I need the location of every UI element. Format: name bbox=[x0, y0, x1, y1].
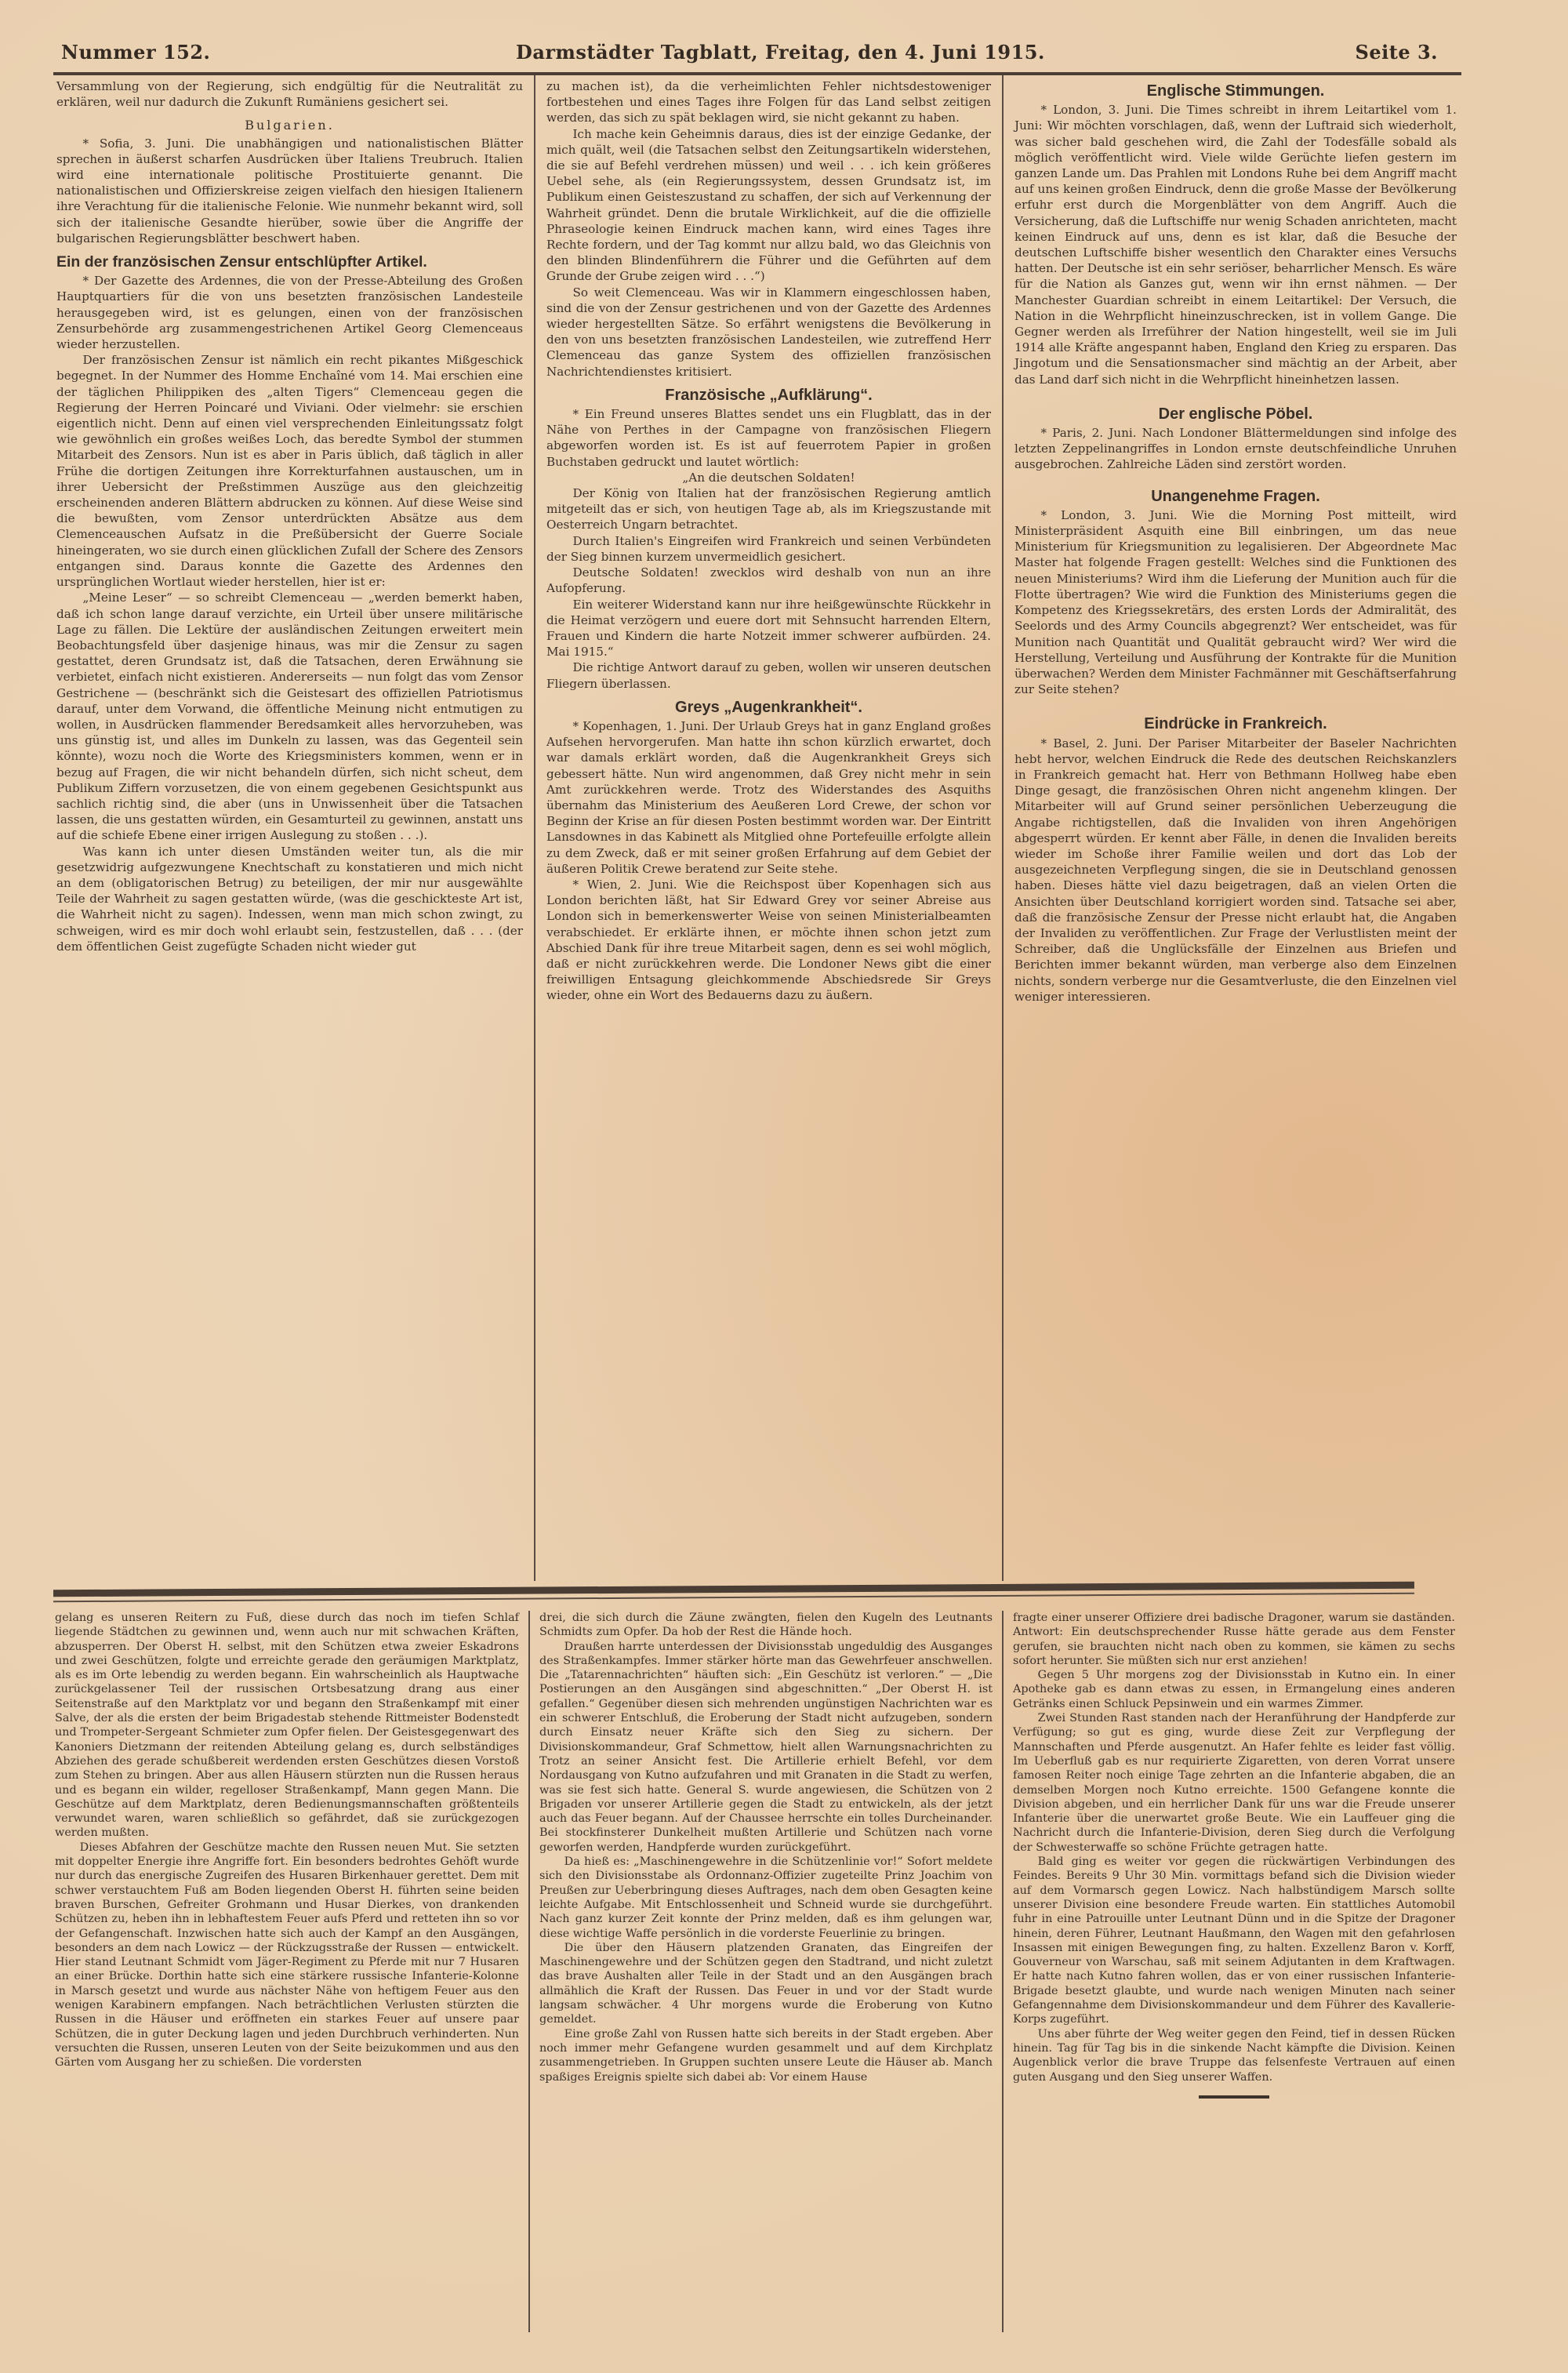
paragraph: Die über den Häusern platzenden Granaten… bbox=[539, 1941, 993, 2027]
bottom-column-3: fragte einer unserer Offiziere drei badi… bbox=[1004, 1611, 1461, 2332]
paragraph: Eine große Zahl von Russen hatte sich be… bbox=[539, 2027, 993, 2084]
paragraph: Bald ging es weiter vor gegen die rückwä… bbox=[1013, 1855, 1455, 2027]
paragraph: * Ein Freund unseres Blattes sendet uns … bbox=[546, 406, 991, 470]
paragraph: zu machen ist), da die verheimlichten Fe… bbox=[546, 78, 991, 126]
paragraph: Gegen 5 Uhr morgens zog der Divisionssta… bbox=[1013, 1668, 1455, 1711]
article-heading-zensur: Ein der französischen Zensur entschlüpft… bbox=[56, 254, 523, 270]
paragraph: gelang es unseren Reitern zu Fuß, diese … bbox=[55, 1611, 519, 1841]
paragraph: Uns aber führte der Weg weiter gegen den… bbox=[1013, 2027, 1455, 2084]
paragraph: Der König von Italien hat der französisc… bbox=[546, 485, 991, 533]
paragraph: Ein weiterer Widerstand kann nur ihre he… bbox=[546, 597, 991, 660]
paragraph: * London, 3. Juni. Die Times schreibt in… bbox=[1014, 102, 1457, 387]
page-number: Seite 3. bbox=[1356, 41, 1438, 64]
paragraph: Die richtige Antwort darauf zu geben, wo… bbox=[546, 660, 991, 691]
paragraph: Da hieß es: „Maschinengewehre in die Sch… bbox=[539, 1855, 993, 1941]
paragraph: * London, 3. Juni. Wie die Morning Post … bbox=[1014, 507, 1457, 697]
paragraph: * Basel, 2. Juni. Der Pariser Mitarbeite… bbox=[1014, 736, 1457, 1005]
article-heading-greys: Greys „Augenkrankheit“. bbox=[546, 700, 991, 715]
paragraph: Der französischen Zensur ist nämlich ein… bbox=[56, 352, 523, 590]
paragraph: So weit Clemenceau. Was wir in Klammern … bbox=[546, 285, 991, 380]
bottom-section-feuilleton: gelang es unseren Reitern zu Fuß, diese … bbox=[45, 1611, 1461, 2332]
section-divider bbox=[45, 1581, 1461, 1611]
paragraph: „Meine Leser“ — so schreibt Clemenceau —… bbox=[56, 590, 523, 843]
issue-number: Nummer 152. bbox=[61, 41, 210, 64]
paragraph: * Der Gazette des Ardennes, die von der … bbox=[56, 273, 523, 352]
paragraph: Zwei Stunden Rast standen nach der Heran… bbox=[1013, 1711, 1455, 1855]
top-column-3: Englische Stimmungen. * London, 3. Juni.… bbox=[1004, 75, 1461, 1581]
paragraph: * Wien, 2. Juni. Wie die Reichspost über… bbox=[546, 877, 991, 1004]
section-heading-bulgarien: Bulgarien. bbox=[56, 118, 523, 133]
paragraph: * Sofia, 3. Juni. Die unabhängigen und n… bbox=[56, 136, 523, 246]
top-column-1: Versammlung von der Regierung, sich endg… bbox=[45, 75, 535, 1581]
article-heading-eindruecke: Eindrücke in Frankreich. bbox=[1014, 716, 1457, 732]
end-of-article-rule bbox=[1199, 2095, 1269, 2099]
paragraph: Ich mache kein Geheimnis daraus, dies is… bbox=[546, 126, 991, 285]
bottom-column-1: gelang es unseren Reitern zu Fuß, diese … bbox=[45, 1611, 530, 2332]
paragraph: Deutsche Soldaten! zwecklos wird deshalb… bbox=[546, 565, 991, 596]
paragraph: * Kopenhagen, 1. Juni. Der Urlaub Greys … bbox=[546, 718, 991, 877]
paragraph: Draußen harrte unterdessen der Divisions… bbox=[539, 1640, 993, 1855]
paragraph: drei, die sich durch die Zäune zwängten,… bbox=[539, 1611, 993, 1640]
article-heading-fragen: Unangenehme Fragen. bbox=[1014, 489, 1457, 504]
paragraph: * Paris, 2. Juni. Nach Londoner Blätterm… bbox=[1014, 425, 1457, 473]
top-column-2: zu machen ist), da die verheimlichten Fe… bbox=[535, 75, 1004, 1581]
paragraph: Was kann ich unter diesen Umständen weit… bbox=[56, 844, 523, 954]
article-heading-stimmungen: Englische Stimmungen. bbox=[1014, 83, 1457, 99]
paragraph: fragte einer unserer Offiziere drei badi… bbox=[1013, 1611, 1455, 1668]
masthead: Nummer 152. Darmstädter Tagblatt, Freita… bbox=[45, 31, 1461, 72]
newspaper-title-date: Darmstädter Tagblatt, Freitag, den 4. Ju… bbox=[516, 41, 1045, 64]
top-section: Versammlung von der Regierung, sich endg… bbox=[45, 75, 1461, 1581]
paragraph: Versammlung von der Regierung, sich endg… bbox=[56, 78, 523, 110]
newspaper-page: Nummer 152. Darmstädter Tagblatt, Freita… bbox=[45, 31, 1461, 2332]
paragraph: Dieses Abfahren der Geschütze machte den… bbox=[55, 1841, 519, 2070]
article-heading-poebel: Der englische Pöbel. bbox=[1014, 406, 1457, 422]
leaflet-title: „An die deutschen Soldaten! bbox=[546, 470, 991, 485]
article-heading-aufklaerung: Französische „Aufklärung“. bbox=[546, 387, 991, 403]
paragraph: Durch Italien's Eingreifen wird Frankrei… bbox=[546, 533, 991, 565]
bottom-column-2: drei, die sich durch die Zäune zwängten,… bbox=[530, 1611, 1004, 2332]
